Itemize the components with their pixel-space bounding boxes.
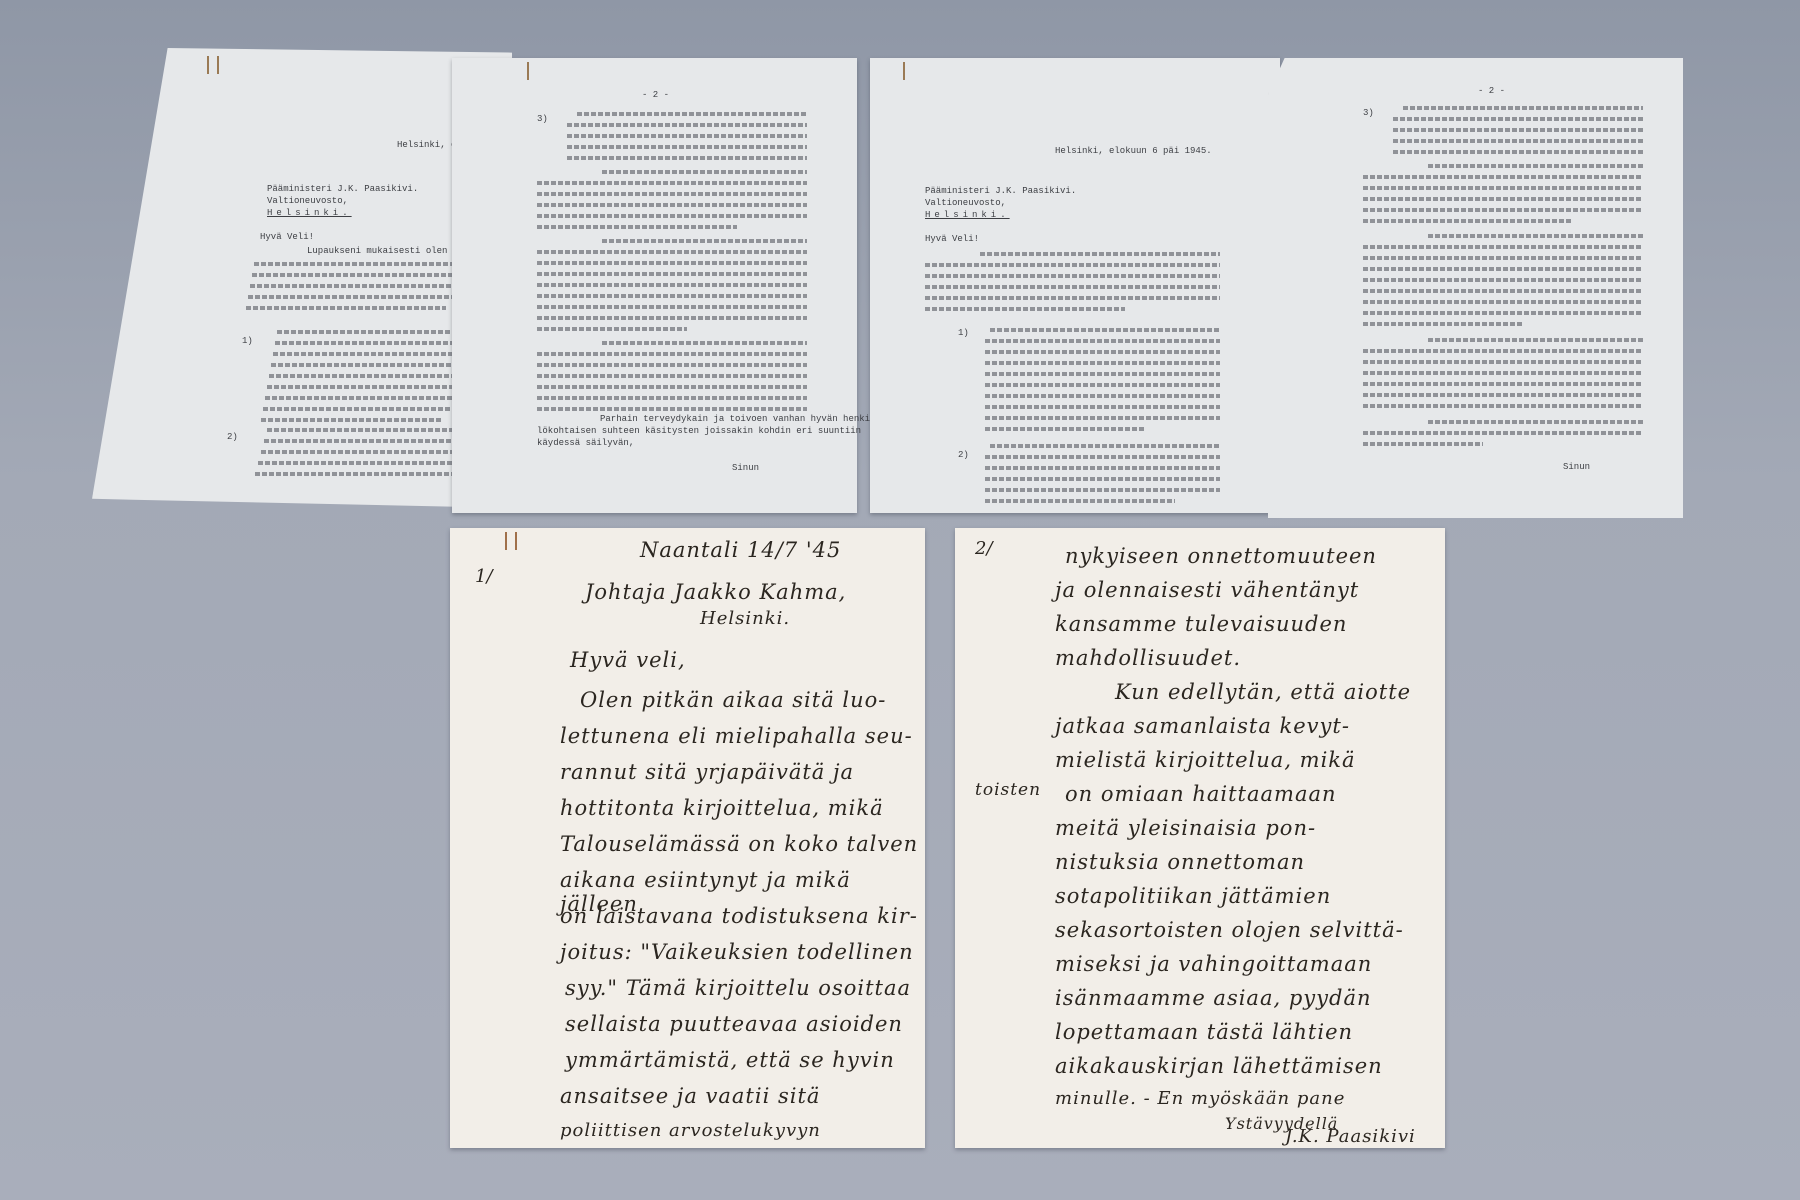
typed-letter-b-page-1: Helsinki, elokuun 6 päi 1945. Pääministe… xyxy=(870,58,1280,513)
item-number: 3) xyxy=(1363,108,1374,119)
handwritten-line: isänmaamme asiaa, pyydän xyxy=(1055,986,1371,1010)
salutation: Hyvä Veli! xyxy=(925,234,979,245)
salutation: Hyvä Veli! xyxy=(260,232,314,243)
addressee-line: Helsinki. xyxy=(700,608,790,629)
item-number: 1) xyxy=(958,328,969,339)
handwritten-line: ja olennaisesti vähentänyt xyxy=(1055,578,1359,602)
handwritten-line: on omiaan haittaamaan xyxy=(1065,782,1337,806)
addressee-line: Pääministeri J.K. Paasikivi. xyxy=(925,186,1076,197)
handwritten-line: rannut sitä yrjapäivätä ja xyxy=(560,760,854,784)
closing-line: lökohtaisen suhteen käsitysten joissakin… xyxy=(537,426,861,437)
handwritten-line: sellaista puutteavaa asioiden xyxy=(565,1012,903,1036)
typed-letter-b-page-2: - 2 - 3) Sinun xyxy=(1268,58,1683,518)
signoff: Sinun xyxy=(732,463,759,474)
handwritten-line: sekasortoisten olojen selvittä- xyxy=(1055,918,1404,942)
addressee-line: Valtioneuvosto, xyxy=(267,196,348,207)
staple-mark xyxy=(527,62,529,80)
handwritten-line: meitä yleisinaisia pon- xyxy=(1055,816,1316,840)
addressee-line: Pääministeri J.K. Paasikivi. xyxy=(267,184,418,195)
signature: J.K. Paasikivi xyxy=(1285,1126,1416,1147)
staple-mark xyxy=(515,532,517,550)
handwritten-line: mahdollisuudet. xyxy=(1055,646,1241,670)
handwritten-line: hottitonta kirjoittelua, mikä xyxy=(560,796,884,820)
handwritten-line: sotapolitiikan jättämien xyxy=(1055,884,1331,908)
addressee-line: Valtioneuvosto, xyxy=(925,198,1006,209)
handwritten-letter-page-2: 2/ nykyiseen onnettomuuteen ja olennaise… xyxy=(955,528,1445,1148)
handwritten-line: nistuksia onnettoman xyxy=(1055,850,1305,874)
handwritten-line: ymmärtämistä, että se hyvin xyxy=(565,1048,895,1072)
handwritten-line: nykyiseen onnettomuuteen xyxy=(1065,544,1377,568)
handwritten-line: mielistä kirjoittelua, mikä xyxy=(1055,748,1356,772)
closing-line: Parhain terveydykain ja toivoen vanhan h… xyxy=(600,414,875,425)
typed-letter-a-page-2: - 2 - 3) Parhain terveydykain ja toivoen… xyxy=(452,58,857,513)
handwritten-line: ansaitsee ja vaatii sitä xyxy=(560,1084,820,1108)
staple-mark xyxy=(207,56,209,74)
page-marker: - 2 - xyxy=(1478,86,1505,97)
handwritten-line: Kun edellytän, että aiotte xyxy=(1115,680,1411,704)
signoff: Sinun xyxy=(1563,462,1590,473)
handwritten-letter-page-1: 1/ Naantali 14/7 '45 Johtaja Jaakko Kahm… xyxy=(450,528,925,1148)
handwritten-line: Talouselämässä on koko talven xyxy=(560,832,918,856)
page-marker: - 2 - xyxy=(642,90,669,101)
page-number: 1/ xyxy=(475,566,493,587)
staple-mark xyxy=(903,62,905,80)
handwritten-line: jatkaa samanlaista kevyt- xyxy=(1055,714,1350,738)
addressee-line: Helsinki. xyxy=(925,210,1010,221)
handwritten-line: Olen pitkän aikaa sitä luo- xyxy=(580,688,886,712)
item-number: 1) xyxy=(242,336,253,347)
item-number: 2) xyxy=(227,432,238,443)
place-date: Naantali 14/7 '45 xyxy=(640,538,841,562)
margin-note: toisten xyxy=(975,780,1041,800)
handwritten-line: miseksi ja vahingoittamaan xyxy=(1055,952,1372,976)
handwritten-line: on laistavana todistuksena kir- xyxy=(560,904,918,928)
handwritten-line: minulle. - En myöskään pane xyxy=(1055,1088,1345,1109)
handwritten-line: lettunena eli mielipahalla seu- xyxy=(560,724,913,748)
staple-mark xyxy=(217,56,219,74)
handwritten-line: aikakauskirjan lähettämisen xyxy=(1055,1054,1383,1078)
handwritten-line: kansamme tulevaisuuden xyxy=(1055,612,1347,636)
handwritten-line: poliittisen arvostelukyvyn xyxy=(560,1120,821,1141)
staple-mark xyxy=(505,532,507,550)
page-number: 2/ xyxy=(975,538,993,559)
handwritten-line: joitus: "Vaikeuksien todellinen xyxy=(560,940,914,964)
addressee-line: Johtaja Jaakko Kahma, xyxy=(585,580,846,604)
handwritten-line: lopettamaan tästä lähtien xyxy=(1055,1020,1353,1044)
salutation: Hyvä veli, xyxy=(570,648,686,672)
addressee-line: Helsinki. xyxy=(267,208,352,219)
item-number: 2) xyxy=(958,450,969,461)
date: Helsinki, elokuun 6 päi 1945. xyxy=(1055,146,1212,157)
closing-line: käydessä säilyvän, xyxy=(537,438,634,449)
handwritten-line: syy." Tämä kirjoittelu osoittaa xyxy=(565,976,911,1000)
item-number: 3) xyxy=(537,114,548,125)
